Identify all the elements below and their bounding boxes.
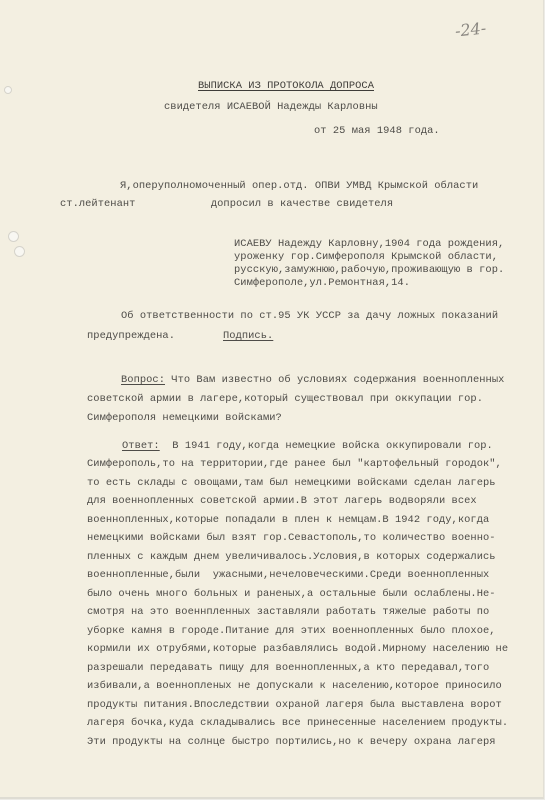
warning-line: предупреждена. xyxy=(87,330,175,342)
intro-line: Я,оперуполномоченный опер.отд. ОПВИ УМВД… xyxy=(120,180,478,192)
text-line: то есть склады с овощами,там был немецки… xyxy=(87,477,496,489)
text-line: уборке камня в городе.Питание для этих в… xyxy=(87,625,496,637)
intro-line: ст.лейтенант допросил в качестве свидете… xyxy=(60,198,393,210)
question-first-line: Вопрос: Что Вам известно об условиях сод… xyxy=(121,374,504,386)
page-number: -24- xyxy=(454,18,487,40)
text-line: смотря на это военнпленных заставляли ра… xyxy=(87,606,489,618)
question-text: Что Вам известно об условиях содержания … xyxy=(165,374,504,386)
text-line: военнопленных,которые попадали в плен к … xyxy=(87,514,489,526)
answer-text: В 1941 году,когда немецкие войска оккупи… xyxy=(160,440,493,452)
document-title: ВЫПИСКА ИЗ ПРОТОКОЛА ДОПРОСА xyxy=(198,80,374,92)
witness-line: русскую,замужнюю,рабочую,проживающую в г… xyxy=(234,264,504,276)
text-line: кормили их отрубями,которые разбавлялись… xyxy=(87,643,508,655)
punch-hole xyxy=(4,86,12,94)
warning-line: Об ответственности по ст.95 УК УССР за д… xyxy=(121,310,498,322)
question-label: Вопрос: xyxy=(121,374,165,386)
text-line: избивали,а военнопленых не допускали к н… xyxy=(87,680,502,692)
document-page: -24- ВЫПИСКА ИЗ ПРОТОКОЛА ДОПРОСА свидет… xyxy=(0,0,544,799)
text-line: разрешали передавать пищу для военноплен… xyxy=(87,662,489,674)
text-line: для военнопленных советской армии.В этот… xyxy=(87,495,477,507)
document-subtitle: свидетеля ИСАЕВОЙ Надежды Карловны xyxy=(164,101,378,113)
punch-hole xyxy=(14,246,25,257)
text-line: Симферополь,то на территории,где ранее б… xyxy=(87,458,502,470)
punch-hole xyxy=(8,231,19,242)
answer-first-line: Ответ: В 1941 году,когда немецкие войска… xyxy=(122,440,493,452)
text-line: пленных с каждым днем увеличивалось.Усло… xyxy=(87,551,496,563)
text-line: военнопленные,были ужасными,нечеловеческ… xyxy=(87,569,489,581)
text-line: было очень много больных и раненых,а ост… xyxy=(87,588,496,600)
witness-line: уроженку гор.Симферополя Крымской област… xyxy=(234,251,498,263)
signature: Подпись. xyxy=(223,330,273,342)
text-line: Симферополя немецкими войсками? xyxy=(87,412,282,424)
witness-line: Симферополе,ул.Ремонтная,14. xyxy=(234,277,410,289)
document-date: от 25 мая 1948 года. xyxy=(314,125,440,137)
text-line: продукты питания.Впоследствии охраной ла… xyxy=(87,699,502,711)
text-line: Эти продукты на солнце быстро портились,… xyxy=(87,736,496,748)
answer-label: Ответ: xyxy=(122,440,160,452)
witness-line: ИСАЕВУ Надежду Карловну,1904 года рожден… xyxy=(234,238,504,250)
text-line: немецкими войсками был взят гор.Севастоп… xyxy=(87,532,496,544)
text-line: советской армии в лагере,который существ… xyxy=(87,393,483,405)
text-line: лагеря бочка,куда складывались все прине… xyxy=(87,717,508,729)
